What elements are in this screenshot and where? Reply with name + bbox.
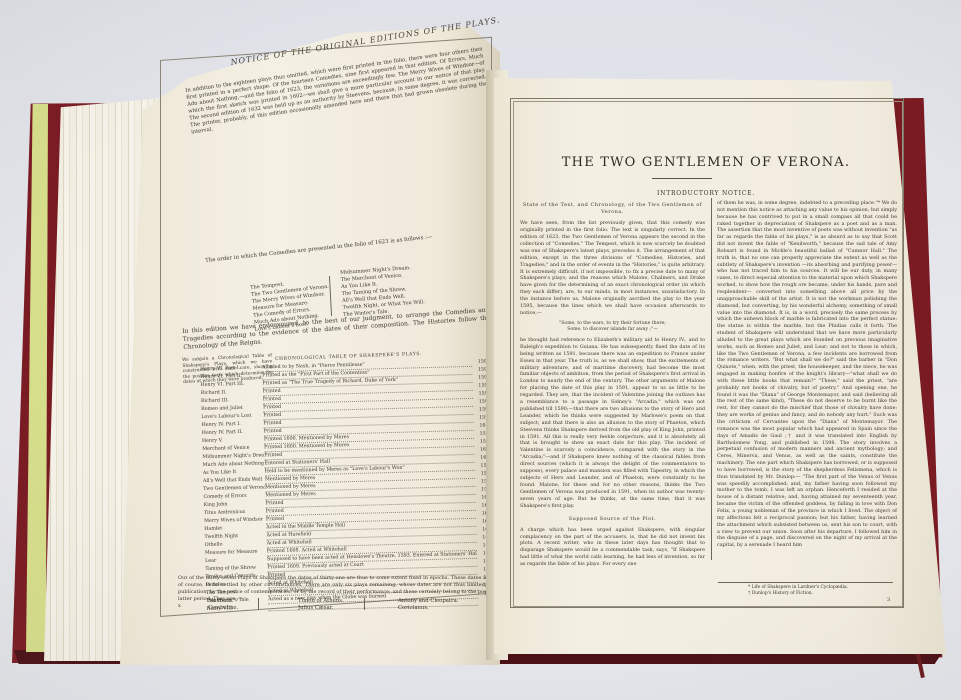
quotation: "Some, to the wars, to try their fortune… (520, 321, 705, 333)
play-name: Macbeth. (208, 598, 238, 605)
play-name: Antony and Cleopatra. (398, 598, 458, 605)
column-text: he thought had reference to Elizabeth's … (520, 337, 705, 510)
column-text: of them he was, in some degree, indebted… (717, 200, 897, 549)
right-page-number: 3 (887, 597, 890, 603)
play-name: Julius Cæsar. (298, 605, 344, 612)
quote-line: Some, to discover islands far away ;"— (520, 327, 705, 333)
comedies-list-2: Midsummer Night's Dream. The Merchant of… (340, 264, 426, 319)
undated-plays-col-2: Timon of Athens. Julius Cæsar. (298, 598, 344, 612)
undated-plays-col-1: Macbeth. Cymbeline. (208, 598, 238, 612)
undated-plays-col-3: Antony and Cleopatra. Coriolanus. (398, 598, 458, 612)
section-heading: State of the Text, and Chronology, of th… (520, 202, 705, 216)
play-name: Timon of Athens. (298, 598, 344, 605)
play-name: Coriolanus. (398, 605, 458, 612)
left-page-number: x (178, 603, 181, 609)
right-page-left-column: State of the Text, and Chronology, of th… (520, 200, 705, 580)
footnote-rule (718, 582, 893, 583)
column-divider (364, 598, 365, 610)
notice-heading: INTRODUCTORY NOTICE. (510, 190, 902, 197)
column-text: We have seen, from the list previously g… (520, 220, 705, 317)
column-rule (711, 198, 712, 560)
right-page-right-column: of them he was, in some degree, indebted… (717, 200, 897, 578)
play-title: THE TWO GENTLEMEN OF VERONA. (510, 155, 902, 170)
footnotes: * Life of Shakspere in Lardner's Cyclopæ… (748, 585, 848, 597)
title-rule (652, 178, 712, 179)
play-name: Cymbeline. (208, 605, 238, 612)
column-divider (258, 598, 259, 610)
column-text: A charge which has been urged against Sh… (520, 527, 705, 568)
footnote: † Dunlop's History of Fiction. (748, 591, 848, 597)
section-heading: Supposed Source of the Plot. (520, 516, 705, 523)
